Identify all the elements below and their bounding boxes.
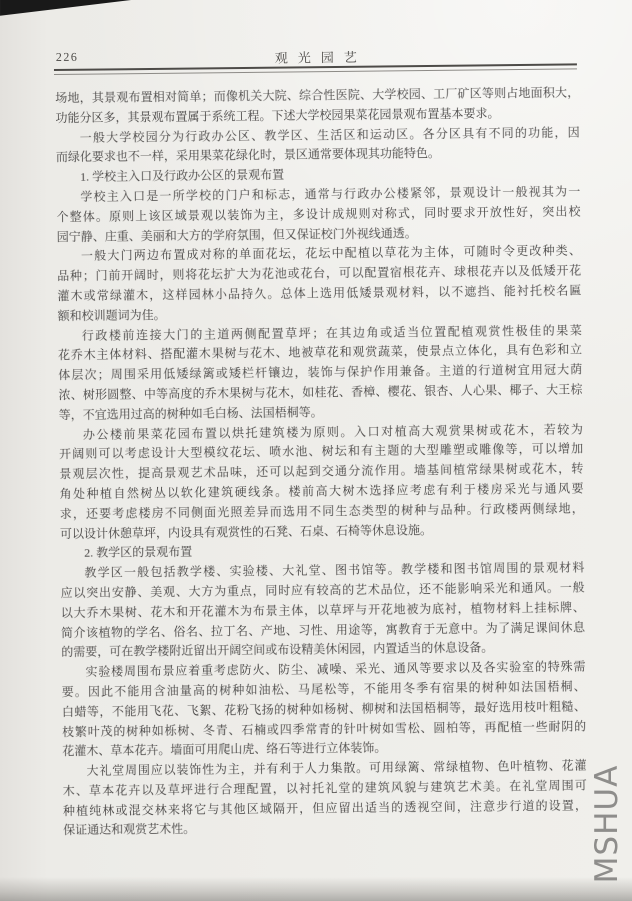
page-content: 226 观光园艺 场地，其景观布置相对简单；而像机关大院、综合性医院、大学校园、… <box>0 0 632 901</box>
scanned-book-page: 226 观光园艺 场地，其景观布置相对简单；而像机关大院、综合性医院、大学校园、… <box>0 0 632 901</box>
page-body: 场地，其景观布置相对简单；而像机关大院、综合性医院、大学校园、工厂矿区等则占地面… <box>55 83 587 841</box>
watermark-text: MSHUA <box>584 749 630 899</box>
watermark: MSHUA <box>584 749 630 899</box>
